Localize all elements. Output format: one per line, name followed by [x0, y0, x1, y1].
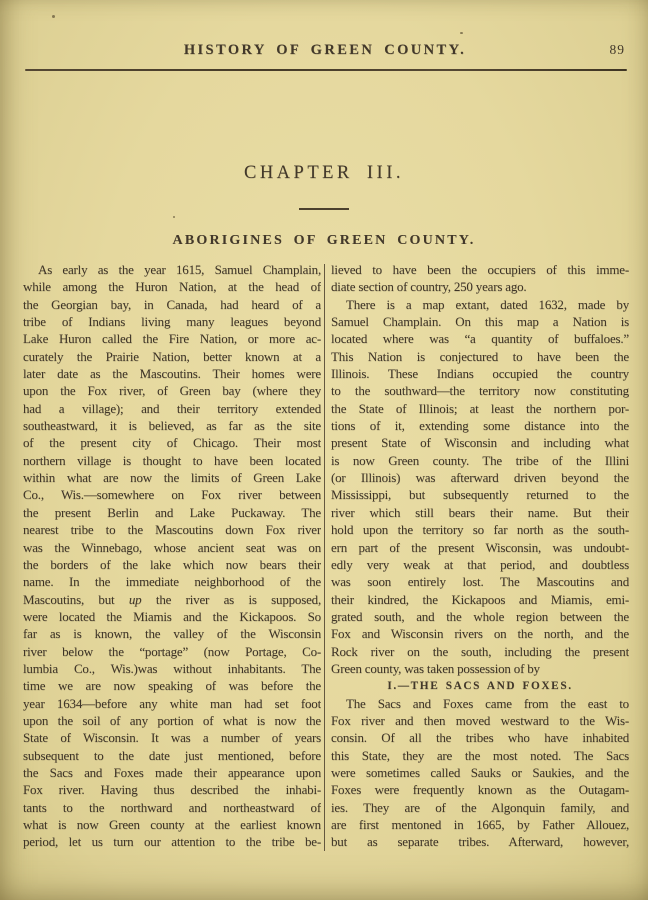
- page-number: 89: [610, 42, 626, 58]
- right-column-bottom-text: The Sacs and Foxes came from the east to…: [331, 695, 629, 851]
- text-line: the present Berlin and Lake Puckaway. Th…: [23, 504, 321, 521]
- text-line: the Sacs and Foxes made their appearance…: [23, 764, 321, 781]
- text-line: Green county, was taken possession of by: [331, 660, 629, 677]
- text-line: lumbia Co., Wis.)was without inhabitants…: [23, 660, 321, 677]
- text-line: time we are now speaking of was before t…: [23, 677, 321, 694]
- left-column: As early as the year 1615, Samuel Champl…: [23, 261, 321, 851]
- header-rule: [25, 69, 627, 71]
- text-line: while among the Huron Nation, at the hea…: [23, 278, 321, 295]
- column-divider-rule: [324, 264, 325, 851]
- text-line: upon the soil of any portion of what is …: [23, 712, 321, 729]
- text-line: Fox and Wisconsin rivers on the north, a…: [331, 625, 629, 642]
- text-line: State of Wisconsin. It was a number of y…: [23, 729, 321, 746]
- text-line: The Sacs and Foxes came from the east to: [331, 695, 629, 712]
- text-line: the Georgian bay, in Canada, had heard o…: [23, 296, 321, 313]
- text-line: southeastward, it is believed, as far as…: [23, 417, 321, 434]
- right-column-top-text: lieved to have been the occupiers of thi…: [331, 261, 629, 677]
- text-line: was the Winnebago, whose ancient seat wa…: [23, 539, 321, 556]
- text-line: Fox river. Having thus described the inh…: [23, 781, 321, 798]
- text-line: were located the Miamis and the Kickapoo…: [23, 608, 321, 625]
- text-line: but as separate tribes. Afterward, howev…: [331, 833, 629, 850]
- text-line: hold upon the territory so far north as …: [331, 521, 629, 538]
- text-line: Co., Wis.—somewhere on Fox river between: [23, 486, 321, 503]
- text-line: (or Illinois) was afterward driven beyon…: [331, 469, 629, 486]
- text-line: There is a map extant, dated 1632, made …: [331, 296, 629, 313]
- chapter-title: CHAPTER III.: [0, 163, 648, 184]
- text-line: ies. They are of the Algonquin family, a…: [331, 799, 629, 816]
- text-line: tions of it, extending some distance int…: [331, 417, 629, 434]
- text-line: curately the Prairie Nation, better know…: [23, 348, 321, 365]
- text-line: period, let us turn our attention to the…: [23, 833, 321, 850]
- text-line: river which still bears their name. But …: [331, 504, 629, 521]
- text-line: Illinois. These Indians occupied the cou…: [331, 365, 629, 382]
- text-line: later date as the Mascoutins. Their home…: [23, 365, 321, 382]
- text-line: nearest tribe to the Mascoutins down Fox…: [23, 521, 321, 538]
- text-line: Mascoutins, but up the river as is suppo…: [23, 591, 321, 608]
- chapter-ornament-rule: [299, 208, 349, 210]
- text-line: upon the Fox river, of Green bay (where …: [23, 382, 321, 399]
- text-line: was soon entirely lost. The Mascoutins a…: [331, 573, 629, 590]
- text-line: ern part of the present Wisconsin, was u…: [331, 539, 629, 556]
- text-line: diate section of country, 250 years ago.: [331, 278, 629, 295]
- text-line: what is now Green county at the earliest…: [23, 816, 321, 833]
- running-head-title: HISTORY OF GREEN COUNTY.: [184, 42, 466, 58]
- text-line: river below the “portage” (now Portage, …: [23, 643, 321, 660]
- text-line: far as is known, the valley of the Wisco…: [23, 625, 321, 642]
- text-line: is now Green county. The tribe of the Il…: [331, 452, 629, 469]
- text-line: As early as the year 1615, Samuel Champl…: [23, 261, 321, 278]
- text-line: subsequent to the date just mentioned, b…: [23, 747, 321, 764]
- text-line: This Nation is conjectured to have been …: [331, 348, 629, 365]
- text-line: of the present city of Chicago. Their mo…: [23, 434, 321, 451]
- running-head: HISTORY OF GREEN COUNTY. 89: [23, 41, 627, 59]
- text-line: Samuel Champlain. On this map a Nation i…: [331, 313, 629, 330]
- text-line: located where was “a quantity of buffalo…: [331, 330, 629, 347]
- scan-speck: [52, 15, 55, 18]
- text-line: this State, they are the most noted. The…: [331, 747, 629, 764]
- text-line: Fox river and then moved westward to the…: [331, 712, 629, 729]
- book-page: HISTORY OF GREEN COUNTY. 89 CHAPTER III.…: [0, 0, 648, 900]
- text-line: Mississippi, but subsequently returned t…: [331, 486, 629, 503]
- chapter-subtitle: ABORIGINES OF GREEN COUNTY.: [0, 233, 648, 249]
- text-line: the borders of the lake which now bears …: [23, 556, 321, 573]
- text-line: had a village); and their territory exte…: [23, 400, 321, 417]
- text-line: Foxes were frequently known as the Outag…: [331, 781, 629, 798]
- scan-speck: [460, 32, 463, 34]
- text-line: northern village is thought to have been…: [23, 452, 321, 469]
- text-line: the State of Illinois; at least the nort…: [331, 400, 629, 417]
- text-line: within what are now the limits of Green …: [23, 469, 321, 486]
- text-line: were sometimes called Sauks or Saukies, …: [331, 764, 629, 781]
- right-column: lieved to have been the occupiers of thi…: [331, 261, 629, 851]
- text-line: consin. Of all the tribes who have inhab…: [331, 729, 629, 746]
- text-line: name. In the immediate neighborhood of t…: [23, 573, 321, 590]
- text-line: year 1634—before any white man had set f…: [23, 695, 321, 712]
- text-line: present State of Wisconsin and including…: [331, 434, 629, 451]
- text-line: their kindred, the Kickapoos and Miamis,…: [331, 591, 629, 608]
- text-line: to the southward—the territory now const…: [331, 382, 629, 399]
- text-line: Lake Huron called the Fire Nation, or mo…: [23, 330, 321, 347]
- text-line: tants to the northward and northeastward…: [23, 799, 321, 816]
- text-line: tribe of Indians living many leagues bey…: [23, 313, 321, 330]
- text-line: Rock river on the south, including the p…: [331, 643, 629, 660]
- text-line: lieved to have been the occupiers of thi…: [331, 261, 629, 278]
- section-heading: I.—THE SACS AND FOXES.: [331, 677, 629, 694]
- text-line: edly very weak at that period, and doubt…: [331, 556, 629, 573]
- scan-speck: [173, 216, 175, 218]
- text-line: grated south, and the whole region betwe…: [331, 608, 629, 625]
- text-line: are first mentoned in 1665, by Father Al…: [331, 816, 629, 833]
